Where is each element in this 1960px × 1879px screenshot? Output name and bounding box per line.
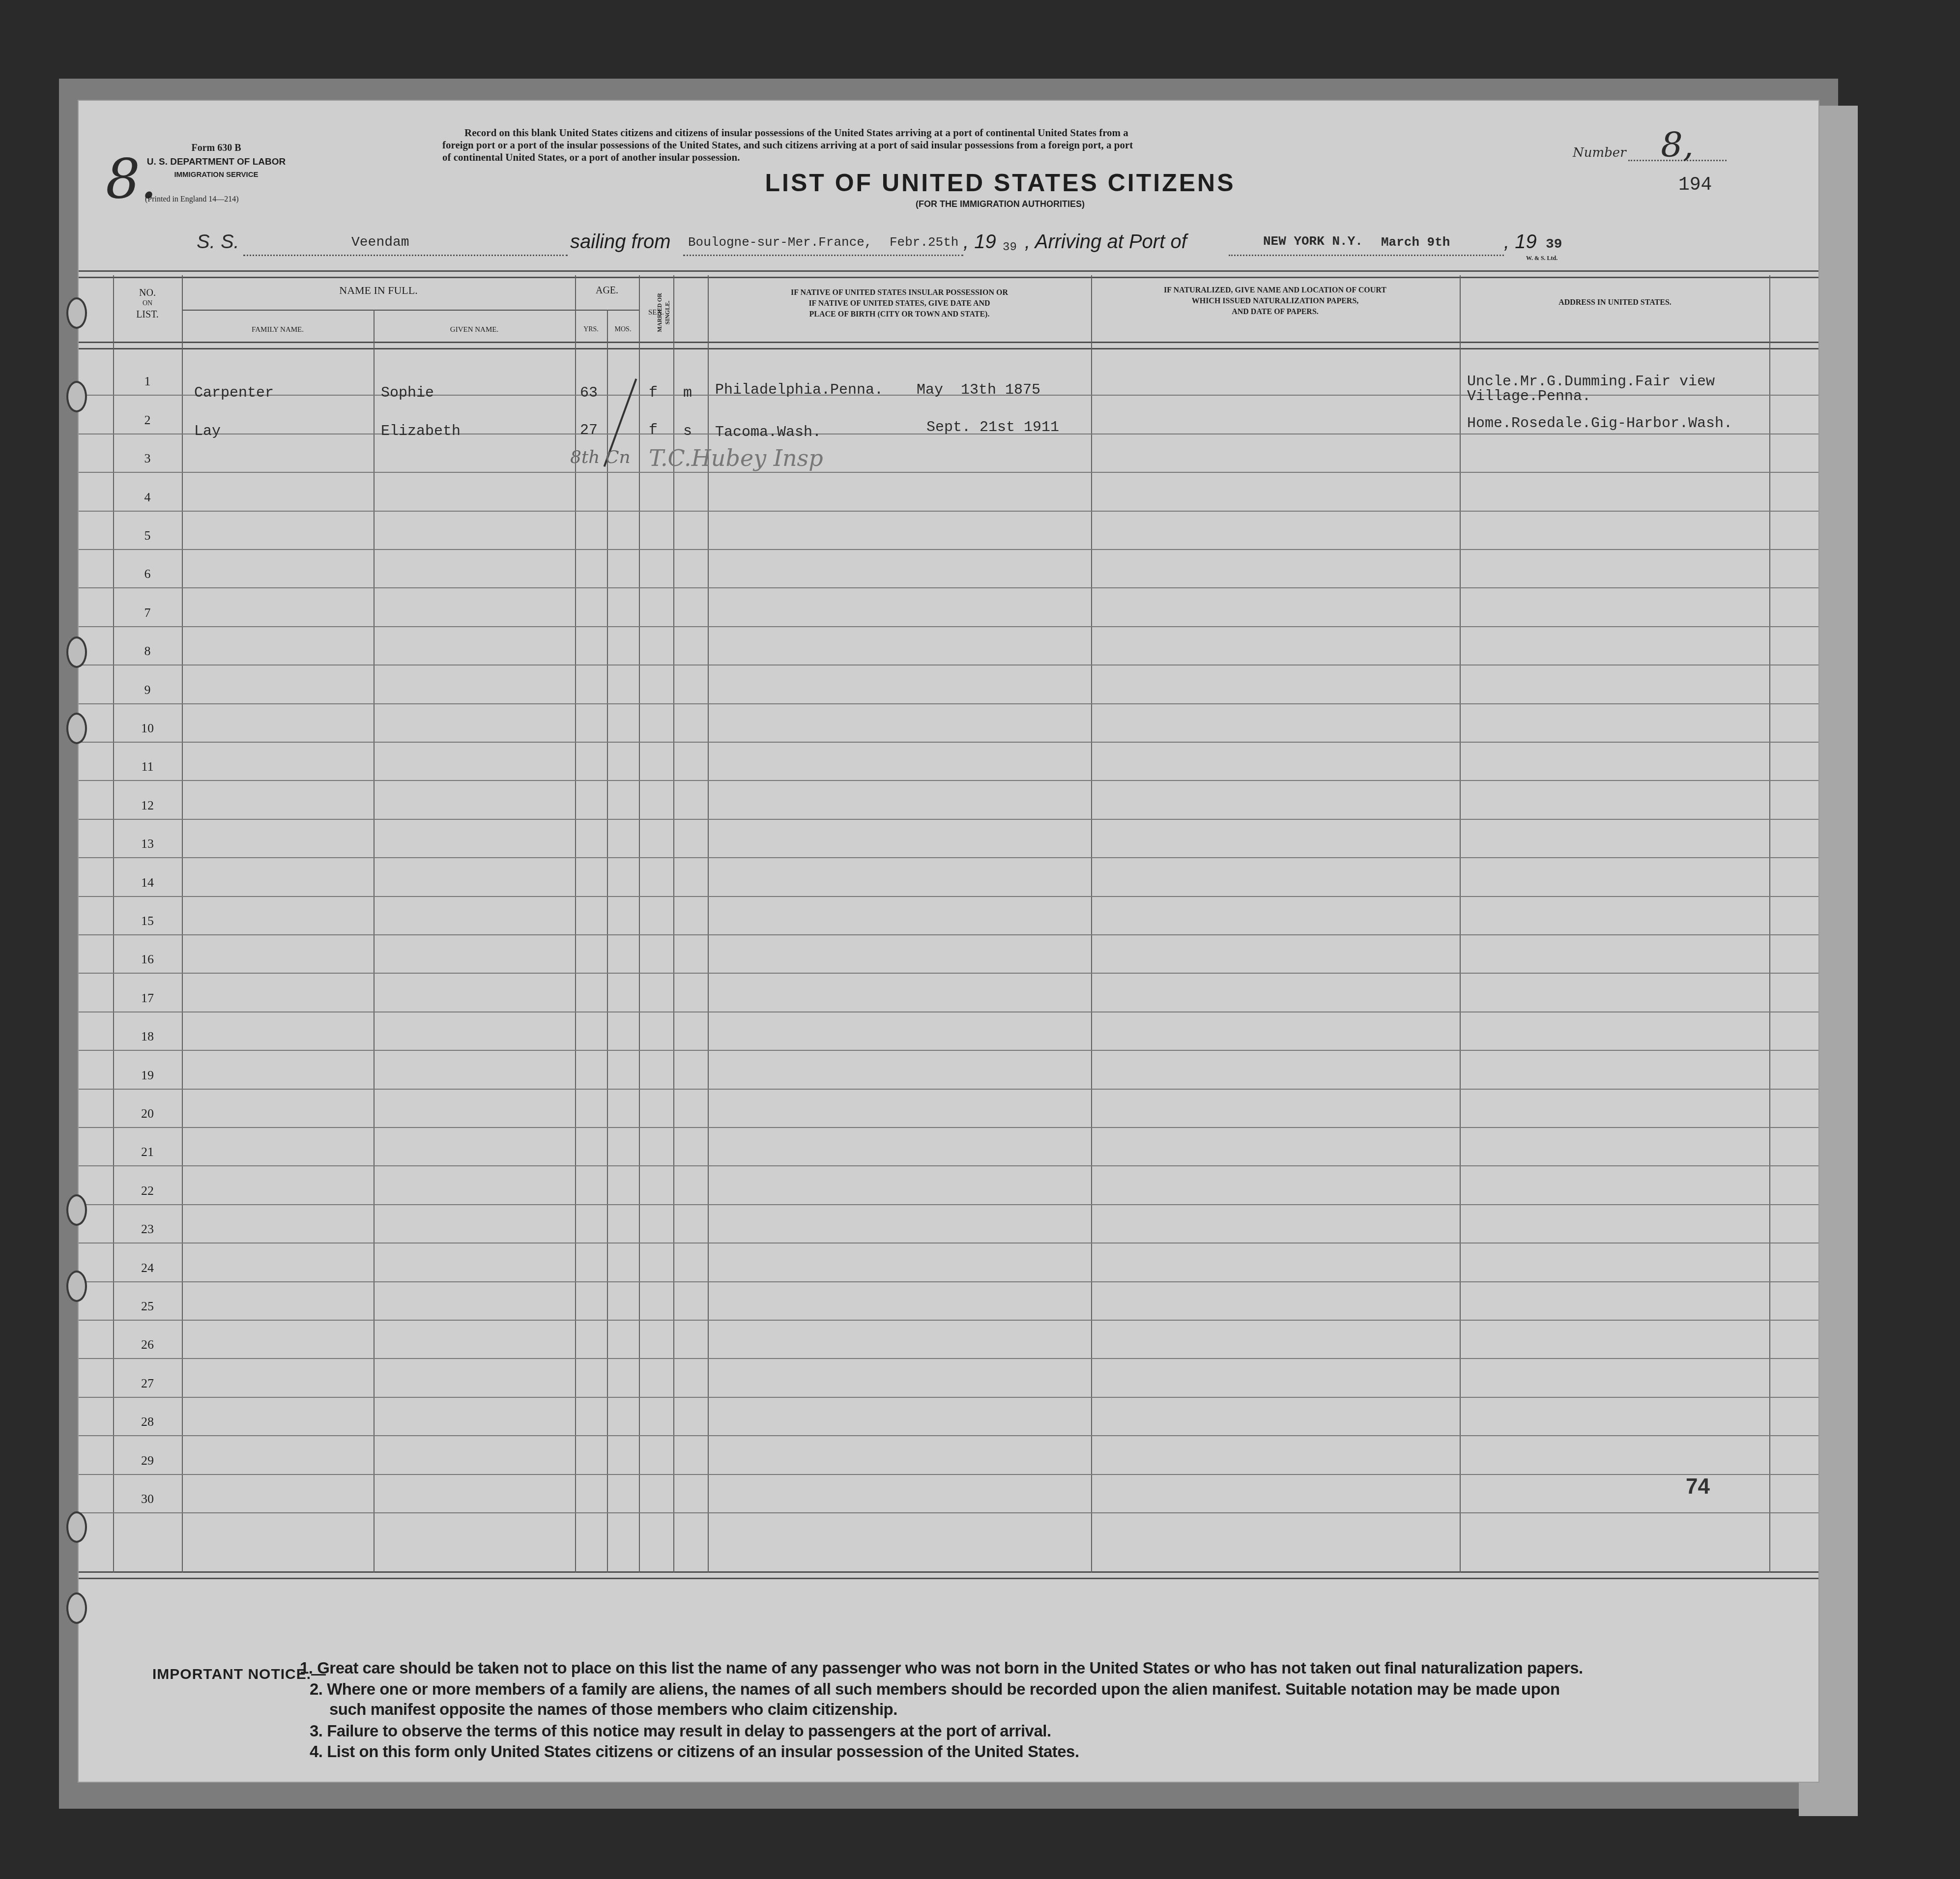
col-line (575, 275, 576, 1573)
header-age: AGE. (575, 285, 639, 296)
inspector-signature: T.C.Hubey Insp (649, 445, 823, 471)
row-number: 21 (113, 1145, 182, 1159)
row-rule (79, 1012, 1818, 1012)
printed-note: (Printed in England 14—214) (145, 195, 239, 204)
col-line (1460, 275, 1461, 1573)
arrival-date: March 9th (1381, 235, 1450, 250)
row-number: 4 (113, 490, 182, 505)
row-rule (79, 626, 1818, 627)
birth-date: Sept. 21st 1911 (926, 419, 1059, 436)
header-no-on-list: No. ON LIST. (113, 288, 182, 320)
notice-item-3: 3. Failure to observe the terms of this … (310, 1722, 1051, 1740)
table-top-rule (79, 270, 1818, 278)
row-rule (79, 1281, 1818, 1282)
page-title: LIST OF UNITED STATES CITIZENS (673, 169, 1327, 197)
notice-item-2: 2. Where one or more members of a family… (310, 1680, 1560, 1699)
row-rule (79, 1512, 1818, 1513)
family-name: Lay (194, 423, 221, 440)
form-id-block: Form 630 B U. S. DEPARTMENT OF LABOR IMM… (138, 143, 295, 179)
row-rule (79, 742, 1818, 743)
row-number: 7 (113, 606, 182, 620)
row-number: 23 (113, 1222, 182, 1237)
punch-hole (66, 1592, 87, 1624)
row-number: 18 (113, 1029, 182, 1044)
marital-status: m (683, 385, 692, 402)
row-number: 1 (113, 374, 182, 389)
voyage-line: S. S. Veendam sailing from Boulogne-sur-… (197, 231, 1809, 260)
row-number: 12 (113, 798, 182, 813)
ship-name: Veendam (351, 235, 409, 250)
row-rule (79, 587, 1818, 588)
arrival-year: 39 (1546, 237, 1562, 252)
arrival-port: NEW YORK N.Y. (1263, 234, 1363, 249)
departure-date: Febr.25th (890, 235, 958, 250)
row-number: 22 (113, 1184, 182, 1198)
row-rule (79, 1204, 1818, 1205)
year-prefix-2: , 19 (1504, 231, 1537, 253)
row-number: 3 (113, 451, 182, 466)
punch-hole (66, 297, 87, 329)
year-prefix-1: , 19 (963, 231, 996, 253)
row-rule (79, 819, 1818, 820)
row-rule (79, 857, 1818, 858)
notice-item-4: 4. List on this form only United States … (310, 1742, 1079, 1761)
row-rule (79, 549, 1818, 550)
notice-item-2-cont: such manifest opposite the names of thos… (329, 1700, 897, 1719)
birth-date: May 13th 1875 (917, 382, 1040, 399)
address-line-1: Uncle.Mr.G.Dumming.Fair view (1467, 374, 1715, 390)
row-number: 5 (113, 528, 182, 543)
punch-hole (66, 381, 87, 412)
age-years: 27 (580, 422, 598, 439)
punch-hole (66, 713, 87, 744)
col-line (374, 310, 375, 1573)
header-yrs: Yrs. (575, 324, 607, 335)
row-number: 13 (113, 837, 182, 851)
row-rule (79, 1089, 1818, 1090)
birth-place: Philadelphia.Penna. (715, 382, 883, 399)
row-number: 9 (113, 683, 182, 697)
name-header-divider (182, 310, 639, 311)
header-family-name: Family Name. (182, 324, 374, 335)
header-mos: Mos. (607, 324, 639, 335)
row-number: 8 (113, 644, 182, 659)
arriving-label: , Arriving at Port of (1025, 231, 1187, 253)
header-bottom-rule (79, 342, 1818, 349)
row-rule (79, 1397, 1818, 1398)
page-stamp: 194 (1678, 174, 1712, 196)
row-rule (79, 1050, 1818, 1051)
department: U. S. DEPARTMENT OF LABOR (138, 157, 295, 168)
row-rule (79, 1127, 1818, 1128)
number-label: Number (1573, 145, 1626, 160)
birth-place: Tacoma.Wash. (715, 424, 821, 441)
header-given-name: Given Name. (374, 324, 575, 335)
instructions: Record on this blank United States citiz… (442, 127, 1533, 164)
marital-status: s (683, 423, 692, 440)
row-number: 25 (113, 1299, 182, 1314)
row-number: 29 (113, 1453, 182, 1468)
document-page: 8. Form 630 B U. S. DEPARTMENT OF LABOR … (79, 101, 1818, 1782)
row-rule (79, 1435, 1818, 1436)
given-name: Elizabeth (381, 423, 461, 440)
row-number: 6 (113, 567, 182, 581)
row-rule (79, 780, 1818, 781)
printer-mark: W. & S. Ltd. (1526, 255, 1557, 262)
row-rule (79, 896, 1818, 897)
sex: f (649, 422, 658, 439)
row-number: 24 (113, 1261, 182, 1275)
row-number: 28 (113, 1415, 182, 1429)
row-number: 10 (113, 721, 182, 736)
departure-year: 39 (1003, 241, 1017, 254)
row-number: 16 (113, 952, 182, 967)
punch-hole (66, 1271, 87, 1302)
row-number: 15 (113, 914, 182, 928)
row-number: 20 (113, 1106, 182, 1121)
punch-hole (66, 1194, 87, 1226)
row-number: 30 (113, 1492, 182, 1506)
header-naturalized: IF NATURALIZED, GIVE NAME AND LOCATION O… (1092, 285, 1458, 318)
form-number: Form 630 B (138, 143, 295, 154)
row-rule (79, 703, 1818, 704)
row-number: 11 (113, 759, 182, 774)
row-number: 27 (113, 1376, 182, 1391)
punch-hole (66, 636, 87, 668)
family-name: Carpenter (194, 385, 274, 402)
row-rule (79, 1474, 1818, 1475)
col-line (182, 275, 183, 1573)
table-bottom-rule (79, 1571, 1818, 1579)
row-number: 17 (113, 991, 182, 1006)
notice-item-1: 1. Great care should be taken not to pla… (300, 1659, 1583, 1677)
sailing-from-port: Boulogne-sur-Mer.France, (688, 235, 872, 250)
sailing-from-label: sailing from (570, 231, 671, 253)
header-name-in-full: NAME IN FULL. (182, 285, 575, 296)
row-rule (79, 511, 1818, 512)
row-rule (79, 1358, 1818, 1359)
row-number: 14 (113, 875, 182, 890)
ss-label: S. S. (197, 231, 239, 253)
row-number: 19 (113, 1068, 182, 1083)
handwritten-row3-note: 8th Cn (570, 447, 631, 467)
row-rule (79, 1165, 1818, 1166)
row-rule (79, 665, 1818, 665)
header-married-or-single: Married or Single. (656, 281, 671, 345)
col-line (639, 275, 640, 1573)
header-birth: IF NATIVE OF UNITED STATES INSULAR POSSE… (710, 288, 1089, 320)
row-rule (79, 1243, 1818, 1243)
number-value: 8, (1628, 130, 1727, 161)
row-number: 2 (113, 413, 182, 428)
row-number: 26 (113, 1337, 182, 1352)
service: IMMIGRATION SERVICE (138, 171, 295, 179)
given-name: Sophie (381, 385, 434, 402)
header-address: ADDRESS IN UNITED STATES. (1461, 297, 1769, 308)
col-line (1769, 275, 1770, 1573)
row-rule (79, 973, 1818, 974)
sex: f (649, 385, 658, 402)
address-line-1: Home.Rosedale.Gig-Harbor.Wash. (1467, 415, 1732, 432)
col-line (607, 310, 608, 1573)
number-field: Number 8, (1573, 130, 1745, 161)
age-years: 63 (580, 385, 598, 402)
address-line-2: Village.Penna. (1467, 388, 1591, 405)
row-rule (79, 934, 1818, 935)
stamp-74: 74 (1686, 1474, 1710, 1499)
punch-hole (66, 1511, 87, 1543)
col-line (1091, 275, 1092, 1573)
page-subtitle: (FOR THE IMMIGRATION AUTHORITIES) (673, 199, 1327, 209)
row-rule (79, 472, 1818, 473)
row-rule (79, 1320, 1818, 1321)
